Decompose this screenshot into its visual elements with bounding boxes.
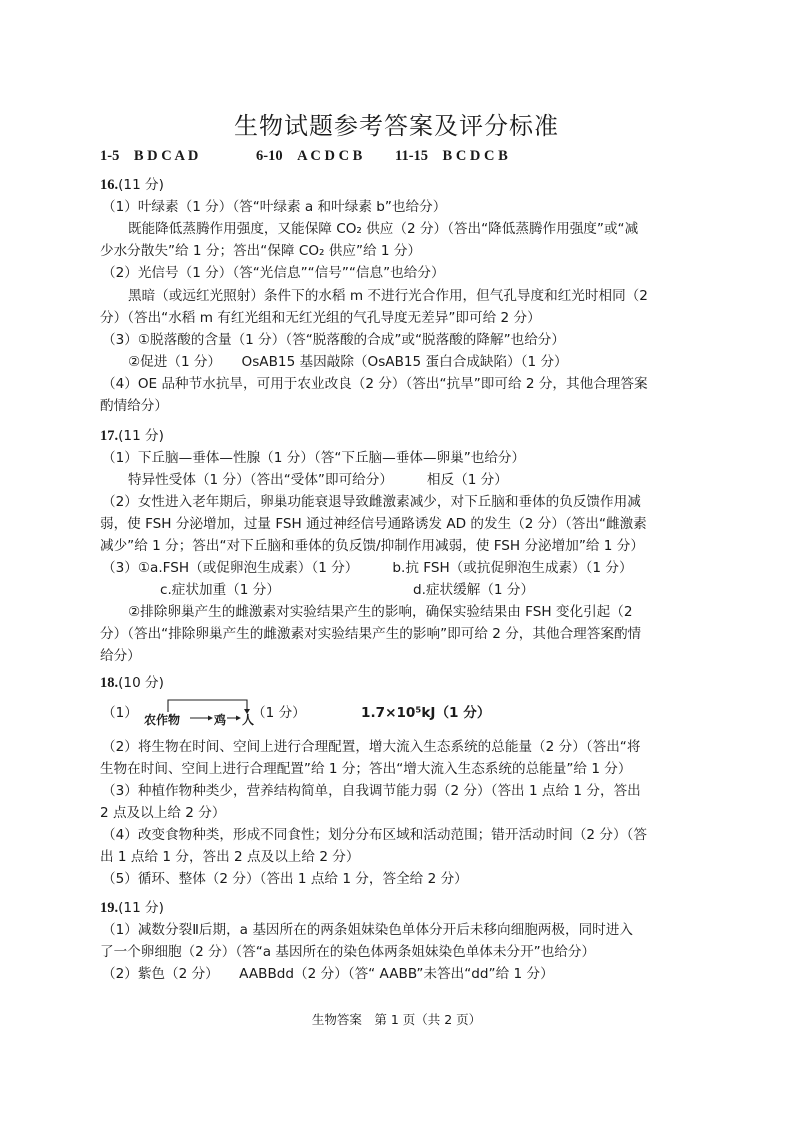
answer-line: （2）光信号（1 分）（答“光信息”“信号”“信息”也给分） [102,262,702,284]
answer-line: 给分） [100,645,700,667]
answer-line: （1 分） [252,702,332,724]
food-chain-node: 鸡 [214,711,226,728]
answer-line: 出 1 点给 1 分，答出 2 点及以上给 2 分） [100,846,700,868]
answer-line: 分）（答出“排除卵巢产生的雌激素对实验结果产生的影响”即可给 2 分，其他合理答… [100,623,700,645]
page-footer: 生物答案 第 1 页（共 2 页） [0,1010,793,1028]
answer-line: （3）①脱落酸的含量（1 分）（答“脱落酸的合成”或“脱落酸的降解”也给分） [102,329,702,351]
mc-range-6-10: 6-10 A C D C B [256,148,362,165]
answer-line: （3）①a.FSH（或促卵泡生成素）（1 分） b.抗 FSH（或抗促卵泡生成素… [102,557,702,579]
answer-line: （1）减数分裂Ⅱ后期，a 基因所在的两条姐妹染色单体分开后未移向细胞两极，同时进… [102,919,702,941]
answer-line: 黑暗（或远红光照射）条件下的水稻 m 不进行光合作用，但气孔导度和红光时相同（2 [128,285,728,307]
answer-line: 2 点及以上给 2 分） [100,802,700,824]
mc-range-1-5: 1-5 B D C A D [100,148,198,165]
answer-line: （2）紫色（2 分） AABBdd（2 分）（答“ AABB”未答出“dd”给 … [102,963,702,985]
answer-line: 酌情给分） [100,395,700,417]
answer-line: （3）种植作物种类少，营养结构简单，自我调节能力弱（2 分）（答出 1 点给 1… [102,780,702,802]
mc-range-11-15: 11-15 B C D C B [395,148,508,165]
answer-line: （4）OE 品种节水抗旱，可用于农业改良（2 分）（答出“抗旱”即可给 2 分，… [102,373,702,395]
energy-value: 1.7×10⁵kJ（1 分） [361,702,561,724]
question-heading: 19.(11 分) [100,897,700,919]
answer-line: （1）下丘脑—垂体—性腺（1 分）（答“下丘脑—垂体—卵巢”也给分） [102,447,702,469]
answer-line: 生物在时间、空间上进行合理配置”给 1 分；答出“增大流入生态系统的总能量”给 … [100,758,700,780]
question-heading: 18.(10 分) [100,672,700,694]
answer-line: ②排除卵巢产生的雌激素对实验结果产生的影响，确保实验结果由 FSH 变化引起（2 [128,601,728,623]
answer-line: 特异性受体（1 分）（答出“受体”即可给分） 相反（1 分） [128,469,728,491]
answer-line: 了一个卵细胞（2 分）（答“a 基因所在的染色体两条姐妹染色单体未分开”也给分） [100,941,700,963]
answer-line: （1）叶绿素（1 分）（答“叶绿素 a 和叶绿素 b”也给分） [102,196,702,218]
answer-line: 少水分散失”给 1 分；答出“保障 CO₂ 供应”给 1 分） [100,240,700,262]
answer-line: ②促进（1 分） OsAB15 基因敲除（OsAB15 蛋白合成缺陷）（1 分） [128,351,728,373]
question-heading: 17.(11 分) [100,425,700,447]
answer-line: （2）女性进入老年期后，卵巢功能衰退导致雌激素减少，对下丘脑和垂体的负反馈作用减 [102,491,702,513]
answer-key-page: 生物试题参考答案及评分标准 1-5 B D C A D 6-10 A C D C… [0,0,793,1122]
answer-line: （5）循环、整体（2 分）（答出 1 点给 1 分，答全给 2 分） [102,868,702,890]
part-label: （1） [102,702,142,724]
food-chain-node: 农作物 [144,711,180,728]
answer-line: 弱，使 FSH 分泌增加，过量 FSH 通过神经信号通路诱发 AD 的发生（2 … [100,513,700,535]
answer-line: 既能降低蒸腾作用强度，又能保障 CO₂ 供应（2 分）（答出“降低蒸腾作用强度”… [128,218,728,240]
answer-line: 分）（答出“水稻 m 有红光组和无红光组的气孔导度无差异”即可给 2 分） [100,307,700,329]
answer-line: （2）将生物在时间、空间上进行合理配置，增大流入生态系统的总能量（2 分）（答出… [102,736,702,758]
page-title: 生物试题参考答案及评分标准 [0,106,793,141]
answer-line: d.症状缓解（1 分） [413,579,793,601]
question-heading: 16.(11 分) [100,174,700,196]
answer-line: 减少”给 1 分；答出“对下丘脑和垂体的负反馈/抑制作用减弱，使 FSH 分泌增… [100,535,700,557]
answer-line: （4）改变食物种类，形成不同食性；划分分布区域和活动范围；错开活动时间（2 分）… [102,824,702,846]
